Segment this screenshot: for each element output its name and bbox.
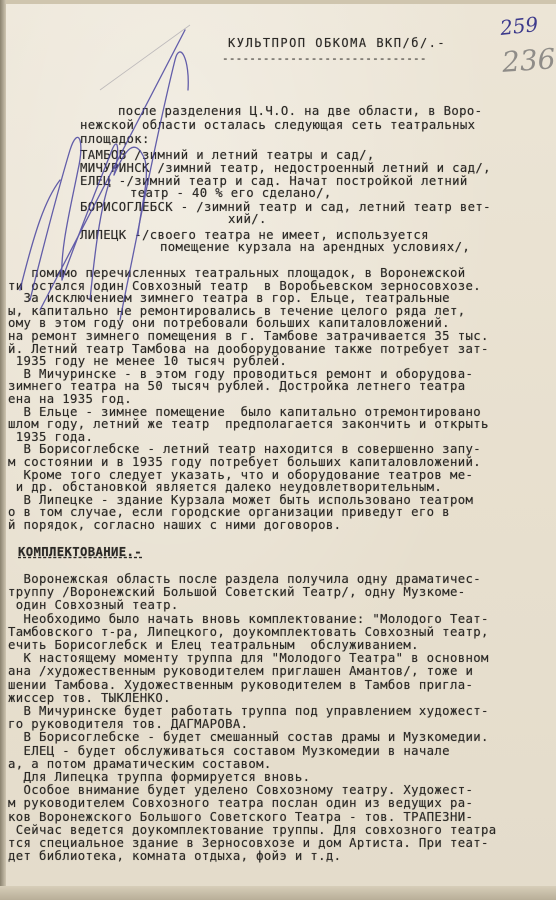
section-line: один Совхозный театр. [8, 598, 179, 612]
page-binding-edge [0, 0, 6, 900]
title-underline: ------------------------------ [222, 52, 427, 66]
section-line: труппу /Воронежский Большой Советский Те… [8, 585, 465, 599]
venue-item-continuation: театр - 40 % его сделано/, [130, 186, 332, 200]
page-bottom-edge [0, 886, 556, 900]
page-top-edge [0, 0, 556, 4]
section-line: Тамбовского т-ра, Липецкого, доукомплект… [8, 625, 489, 639]
section-line: а, а потом драматическим составом. [8, 757, 272, 771]
venue-item-continuation: помещение курзала на арендных условиях/, [160, 240, 470, 254]
intro-line: после разделения Ц.Ч.О. на две области, … [118, 104, 482, 118]
section-line: тся специальное здание в Зерносовхозе и … [8, 836, 489, 850]
venue-item: БОРИСОГЛЕБСК - /зимний театр и сад, летн… [80, 200, 491, 214]
venue-item: МИЧУРИНСК /зимний театр, недостроенный л… [80, 161, 491, 175]
section-line: ЕЛЕЦ - будет обслуживаться составом Музк… [8, 744, 450, 758]
section-line: ана /художественным руководителем пригла… [8, 664, 473, 678]
document-title: КУЛЬТПРОП ОБКОМА ВКП/б/.- [228, 36, 446, 50]
section-line: ечить Борисоглебск и Елец театральным об… [8, 638, 419, 652]
section-line: дет библиотека, комната отдыха, фойэ и т… [8, 849, 341, 863]
intro-line: площадок: [80, 132, 150, 146]
section-heading: КОМПЛЕКТОВАНИЕ.- [18, 545, 142, 559]
section-line: Для Липецка труппа формируется вновь. [8, 770, 310, 784]
section-line: Сейчас ведется доукомплектование труппы.… [8, 823, 496, 837]
section-line: К настоящему моменту труппа для "Молодог… [8, 651, 489, 665]
section-line: ков Воронежского Большого Советского Теа… [8, 810, 473, 824]
section-line: Необходимо было начать вновь комплектова… [8, 612, 489, 626]
body-line: й порядок, согласно наших с ними договор… [8, 518, 341, 532]
section-line: Особое внимание будет уделено Совхозному… [8, 783, 473, 797]
section-line: м руководителем Совхозного театра послан… [8, 796, 473, 810]
section-line: В Борисоглебске - будет смешанный состав… [8, 730, 489, 744]
section-line: шении Тамбова. Художественным руководите… [8, 678, 473, 692]
venue-item-continuation: хий/. [228, 212, 267, 226]
folio-number-pencil: 236 [501, 42, 556, 79]
document-page: 259 236 КУЛЬТПРОП ОБКОМА ВКП/б/.- ------… [0, 0, 556, 900]
section-line: В Мичуринске будет работать труппа под у… [8, 704, 489, 718]
section-line: Воронежская область после раздела получи… [8, 572, 481, 586]
folio-number-ink: 259 [499, 12, 539, 40]
section-line: жиссер тов. ТЫКЛЕНКО. [8, 691, 171, 705]
venue-item: ТАМБОВ /зимний и летний театры и сад/, [80, 148, 375, 162]
section-line: го руководителя тов. ДАГМАРОВА. [8, 717, 248, 731]
intro-line: нежской области осталась следующая сеть … [80, 118, 475, 132]
